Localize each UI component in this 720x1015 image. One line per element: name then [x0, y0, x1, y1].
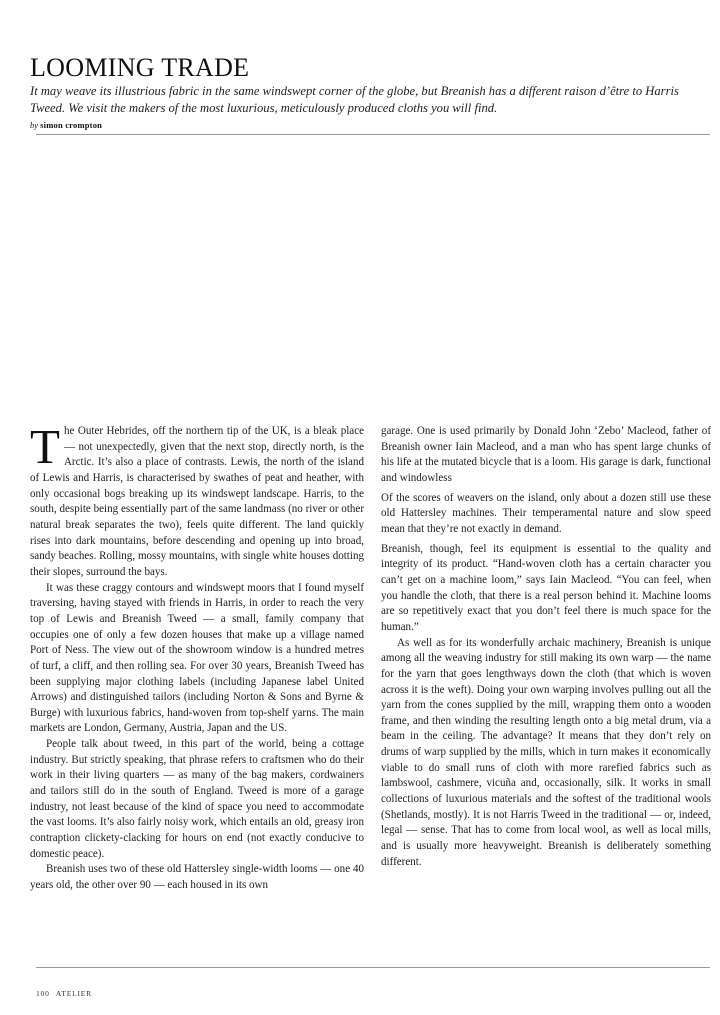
author-name: simon crompton — [40, 120, 102, 130]
page-number: 100 — [36, 989, 50, 998]
body-paragraph: The Outer Hebrides, off the northern tip… — [30, 424, 364, 581]
page-folio: 100 ATELIER — [36, 989, 92, 998]
body-paragraph: Of the scores of weavers on the island, … — [381, 491, 711, 538]
header-divider — [36, 134, 710, 135]
body-paragraph: As well as for its wonderfully archaic m… — [381, 636, 711, 871]
byline-prefix: by — [30, 120, 38, 130]
drop-cap: T — [30, 427, 60, 467]
body-column-right: garage. One is used primarily by Donald … — [381, 424, 711, 870]
byline: by simon crompton — [30, 120, 700, 130]
article-dek: It may weave its illustrious fabric in t… — [30, 83, 700, 116]
body-paragraph: Breanish uses two of these old Hattersle… — [30, 862, 364, 893]
body-paragraph: Breanish, though, feel its equipment is … — [381, 542, 711, 636]
paragraph-text: he Outer Hebrides, off the northern tip … — [30, 425, 364, 578]
body-paragraph: garage. One is used primarily by Donald … — [381, 424, 711, 487]
publication-name: ATELIER — [56, 989, 92, 998]
body-paragraph: People talk about tweed, in this part of… — [30, 737, 364, 862]
body-paragraph: It was these craggy contours and windswe… — [30, 581, 364, 738]
footer-divider — [36, 967, 710, 968]
body-column-left: The Outer Hebrides, off the northern tip… — [30, 424, 364, 894]
article-title: LOOMING TRADE — [30, 55, 700, 81]
article-header: LOOMING TRADE It may weave its illustrio… — [30, 55, 700, 130]
